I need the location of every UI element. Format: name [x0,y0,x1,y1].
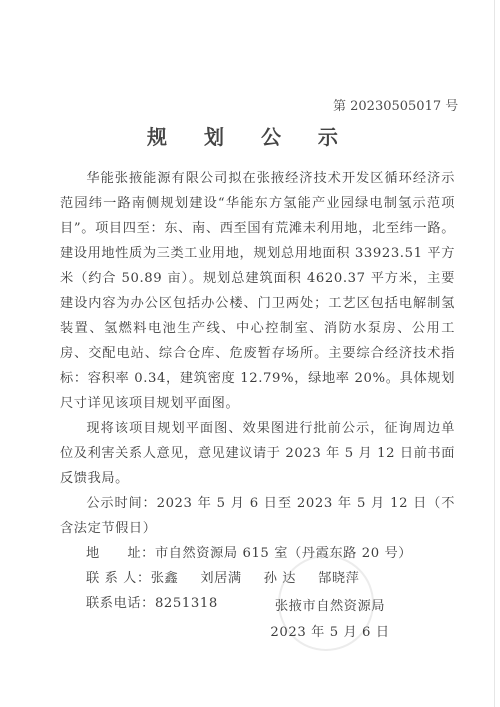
page-title: 规 划 公 示 [0,121,500,150]
address-label: 地 址： [86,546,155,561]
contact-name: 刘居满 [200,571,241,586]
address-value: 市自然资源局 615 室（丹霞东路 20 号） [155,546,412,561]
document-number: 第 20230505017 号 [333,95,458,114]
paragraph-public-notice: 现将该项目规划平面图、效果图进行批前公示，征询周边单位及利害关系人意见，意见建议… [60,416,455,491]
paragraph-project-description: 华能张掖能源有限公司拟在张掖经济技术开发区循环经济示范园纬一路南侧规划建设“华能… [60,166,455,416]
paragraph-notice-period: 公示时间：2023 年 5 月 6 日至 2023 年 5 月 12 日（不含法… [60,491,455,541]
contacts-label: 联 系 人： [86,571,151,586]
document-body: 华能张掖能源有限公司拟在张掖经济技术开发区循环经济示范园纬一路南侧规划建设“华能… [60,166,455,616]
phone-label: 联系电话： [86,596,155,611]
signature-date: 2023 年 5 月 6 日 [260,621,400,640]
contacts-row: 联 系 人：张鑫刘居满孙 达郜晓萍 [60,566,455,591]
phone-value: 8251318 [155,596,218,611]
signature-organization: 张掖市自然资源局 [260,595,400,614]
contact-name: 张鑫 [151,571,179,586]
page-edge-divider [494,0,495,707]
address-row: 地 址：市自然资源局 615 室（丹霞东路 20 号） [60,541,455,566]
